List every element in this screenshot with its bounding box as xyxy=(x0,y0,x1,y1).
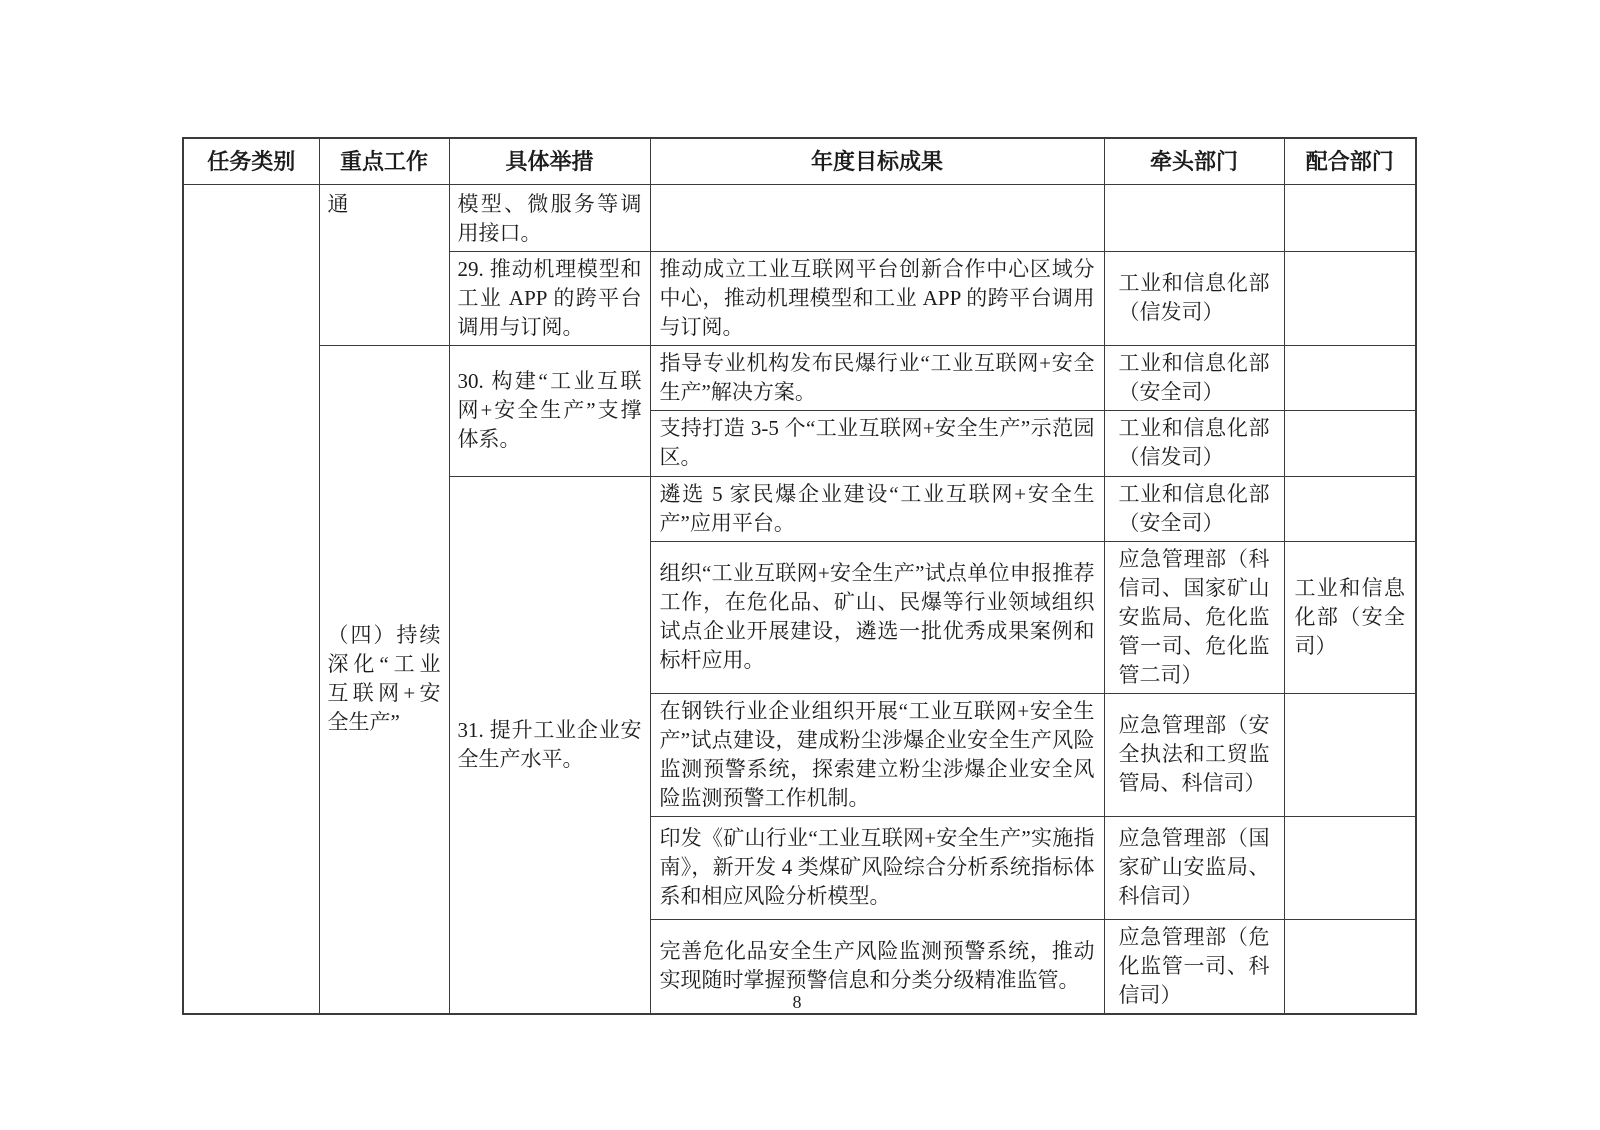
cell-measure-continuation: 模型、微服务等调用接口。 xyxy=(449,184,650,251)
work-plan-table: 任务类别 重点工作 具体举措 年度目标成果 牵头部门 配合部门 通 模型、微服务… xyxy=(182,137,1417,1015)
cell-measure-30: 30. 构建“工业互联网+安全生产”支撑体系。 xyxy=(449,345,650,476)
document-page: 任务类别 重点工作 具体举措 年度目标成果 牵头部门 配合部门 通 模型、微服务… xyxy=(0,0,1600,1130)
cell-key-work-section4: （四）持续深化“工业互联网+安全生产” xyxy=(319,345,449,1014)
cell-lead-dept: 工业和信息化部（信发司） xyxy=(1104,410,1284,476)
cell-support-dept xyxy=(1284,184,1416,251)
cell-goal: 指导专业机构发布民爆行业“工业互联网+安全生产”解决方案。 xyxy=(650,345,1104,410)
cell-measure-29: 29. 推动机理模型和工业 APP 的跨平台调用与订阅。 xyxy=(449,251,650,345)
cell-support-dept xyxy=(1284,410,1416,476)
cell-lead-dept: 应急管理部（安全执法和工贸监管局、科信司） xyxy=(1104,693,1284,816)
cell-goal xyxy=(650,184,1104,251)
cell-lead-dept: 工业和信息化部（信发司） xyxy=(1104,251,1284,345)
cell-support-dept xyxy=(1284,693,1416,816)
header-lead-dept: 牵头部门 xyxy=(1104,138,1284,184)
cell-goal: 遴选 5 家民爆企业建设“工业互联网+安全生产”应用平台。 xyxy=(650,476,1104,541)
cell-support-dept xyxy=(1284,345,1416,410)
cell-support-dept xyxy=(1284,251,1416,345)
cell-support-dept xyxy=(1284,816,1416,919)
cell-goal: 推动成立工业互联网平台创新合作中心区域分中心，推动机理模型和工业 APP 的跨平… xyxy=(650,251,1104,345)
header-measure: 具体举措 xyxy=(449,138,650,184)
header-task-category: 任务类别 xyxy=(183,138,319,184)
header-support-dept: 配合部门 xyxy=(1284,138,1416,184)
cell-lead-dept xyxy=(1104,184,1284,251)
cell-goal: 组织“工业互联网+安全生产”试点单位申报推荐工作，在危化品、矿山、民爆等行业领域… xyxy=(650,541,1104,693)
cell-support-dept: 工业和信息化部（安全司） xyxy=(1284,541,1416,693)
header-key-work: 重点工作 xyxy=(319,138,449,184)
header-annual-goal: 年度目标成果 xyxy=(650,138,1104,184)
cell-lead-dept: 应急管理部（国家矿山安监局、科信司） xyxy=(1104,816,1284,919)
cell-measure-31: 31. 提升工业企业安全生产水平。 xyxy=(449,476,650,1014)
page-number: 8 xyxy=(0,992,1594,1013)
table-header-row: 任务类别 重点工作 具体举措 年度目标成果 牵头部门 配合部门 xyxy=(183,138,1416,184)
cell-lead-dept: 工业和信息化部（安全司） xyxy=(1104,476,1284,541)
cell-task-category xyxy=(183,184,319,1014)
table-row: 通 模型、微服务等调用接口。 xyxy=(183,184,1416,251)
cell-support-dept xyxy=(1284,476,1416,541)
cell-lead-dept: 应急管理部（科信司、国家矿山安监局、危化监管一司、危化监管二司） xyxy=(1104,541,1284,693)
cell-goal: 支持打造 3-5 个“工业互联网+安全生产”示范园区。 xyxy=(650,410,1104,476)
cell-lead-dept: 工业和信息化部（安全司） xyxy=(1104,345,1284,410)
table-row: （四）持续深化“工业互联网+安全生产” 30. 构建“工业互联网+安全生产”支撑… xyxy=(183,345,1416,410)
cell-goal: 在钢铁行业企业组织开展“工业互联网+安全生产”试点建设，建成粉尘涉爆企业安全生产… xyxy=(650,693,1104,816)
cell-goal: 印发《矿山行业“工业互联网+安全生产”实施指南》，新开发 4 类煤矿风险综合分析… xyxy=(650,816,1104,919)
cell-key-work-continuation: 通 xyxy=(319,184,449,345)
